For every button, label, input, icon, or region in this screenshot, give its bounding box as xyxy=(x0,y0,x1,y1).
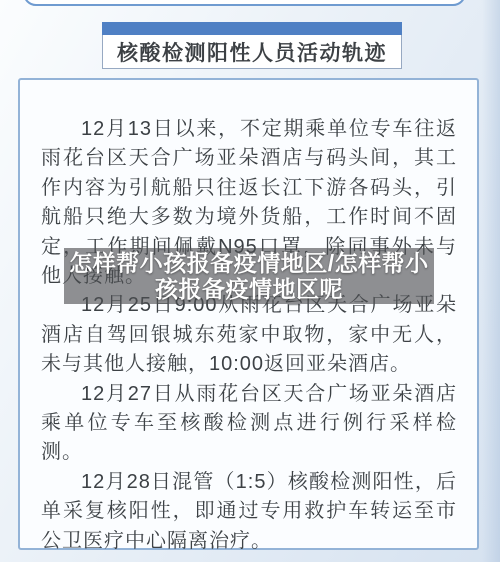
page-title: 核酸检测阳性人员活动轨迹 xyxy=(117,37,387,67)
header-title-box: 核酸检测阳性人员活动轨迹 xyxy=(102,35,402,69)
page-background: 核酸检测阳性人员活动轨迹 12月13日以来，不定期乘单位专车往返雨花台区天合广场… xyxy=(0,0,500,562)
section-header: 核酸检测阳性人员活动轨迹 xyxy=(102,22,402,69)
trajectory-paragraph-dec25: 12月25日9:00从雨花台区天合广场亚朵酒店自驾回银城东苑家中取物，家中无人，… xyxy=(41,291,457,379)
trajectory-paragraph-dec28: 12月28日混管（1:5）核酸检测阳性，后单采复核阳性，即通过专用救护车转运至市… xyxy=(41,468,457,556)
watermark-overlay: 怎样帮小孩报备疫情地区/怎样帮小 孩报备疫情地区呢 xyxy=(64,248,434,304)
trajectory-card: 12月13日以来，不定期乘单位专车往返雨花台区天合广场亚朵酒店与码头间，其工作内… xyxy=(18,78,479,550)
watermark-text-line-1: 怎样帮小孩报备疫情地区/怎样帮小 xyxy=(69,250,428,276)
trajectory-paragraph-dec27: 12月27日从雨花台区天合广场亚朵酒店乘单位专车至核酸检测点进行例行采样检测。 xyxy=(41,380,457,468)
header-accent-bar xyxy=(102,22,402,35)
watermark-text-line-2: 孩报备疫情地区呢 xyxy=(155,276,343,302)
top-card-edge xyxy=(23,0,466,6)
background-shade xyxy=(482,0,500,562)
